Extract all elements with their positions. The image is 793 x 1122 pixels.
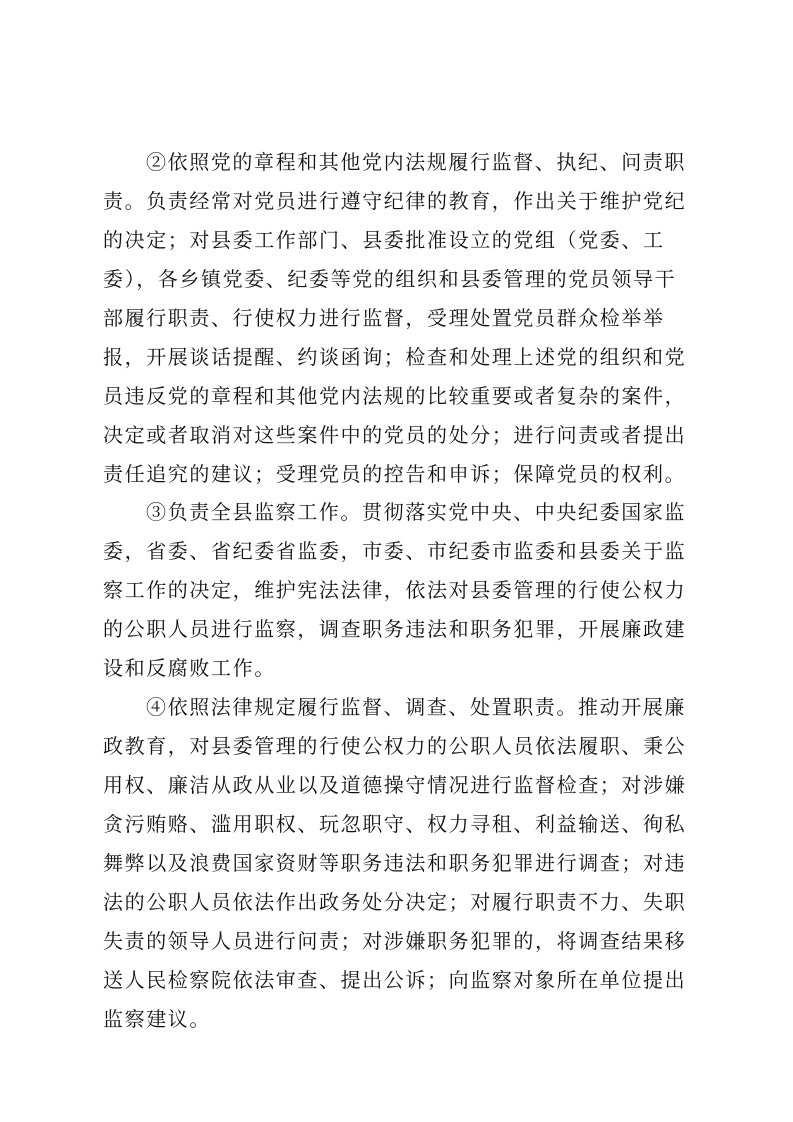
paragraph-line: ③负责全县监察工作。贯彻落实党中央、中央纪委国家监 xyxy=(103,493,703,532)
document-page: ②依照党的章程和其他党内法规履行监督、执纪、问责职 责。负责经常对党员进行遵守纪… xyxy=(0,0,793,1122)
paragraph-line: 用权、廉洁从政从业以及道德操守情况进行监督检查；对涉嫌 xyxy=(103,766,703,805)
paragraph-line: 决定或者取消对这些案件中的党员的处分；进行问责或者提出 xyxy=(103,416,703,455)
paragraph-party-supervision: ②依照党的章程和其他党内法规履行监督、执纪、问责职 责。负责经常对党员进行遵守纪… xyxy=(103,143,703,493)
paragraph-line: 舞弊以及浪费国家资财等职务违法和职务犯罪进行调查；对违 xyxy=(103,844,703,883)
paragraph-line: ②依照党的章程和其他党内法规履行监督、执纪、问责职 xyxy=(103,143,703,182)
paragraph-line: 员违反党的章程和其他党内法规的比较重要或者复杂的案件， xyxy=(103,377,703,416)
paragraph-line: 报，开展谈话提醒、约谈函询；检查和处理上述党的组织和党 xyxy=(103,338,703,377)
paragraph-line: 政教育，对县委管理的行使公权力的公职人员依法履职、秉公 xyxy=(103,727,703,766)
paragraph-line: 责任追究的建议；受理党员的控告和申诉；保障党员的权利。 xyxy=(103,455,703,494)
paragraph-line: 部履行职责、行使权力进行监督，受理处置党员群众检举举 xyxy=(103,299,703,338)
paragraph-county-supervision: ③负责全县监察工作。贯彻落实党中央、中央纪委国家监 委，省委、省纪委省监委，市委… xyxy=(103,493,703,688)
paragraph-line: 责。负责经常对党员进行遵守纪律的教育，作出关于维护党纪 xyxy=(103,182,703,221)
paragraph-line: 的公职人员进行监察，调查职务违法和职务犯罪，开展廉政建 xyxy=(103,610,703,649)
paragraph-line: 的决定；对县委工作部门、县委批准设立的党组（党委、工 xyxy=(103,221,703,260)
paragraph-line: 监察建议。 xyxy=(103,1000,703,1039)
paragraph-line: 法的公职人员依法作出政务处分决定；对履行职责不力、失职 xyxy=(103,883,703,922)
document-body: ②依照党的章程和其他党内法规履行监督、执纪、问责职 责。负责经常对党员进行遵守纪… xyxy=(103,143,703,1039)
paragraph-legal-duties: ④依照法律规定履行监督、调查、处置职责。推动开展廉 政教育，对县委管理的行使公权… xyxy=(103,688,703,1038)
paragraph-line: 委，省委、省纪委省监委，市委、市纪委市监委和县委关于监 xyxy=(103,532,703,571)
paragraph-line: 委），各乡镇党委、纪委等党的组织和县委管理的党员领导干 xyxy=(103,260,703,299)
paragraph-line: ④依照法律规定履行监督、调查、处置职责。推动开展廉 xyxy=(103,688,703,727)
paragraph-line: 失责的领导人员进行问责；对涉嫌职务犯罪的，将调查结果移 xyxy=(103,922,703,961)
paragraph-line: 察工作的决定，维护宪法法律，依法对县委管理的行使公权力 xyxy=(103,571,703,610)
paragraph-line: 设和反腐败工作。 xyxy=(103,649,703,688)
paragraph-line: 送人民检察院依法审查、提出公诉；向监察对象所在单位提出 xyxy=(103,961,703,1000)
paragraph-line: 贪污贿赂、滥用职权、玩忽职守、权力寻租、利益输送、徇私 xyxy=(103,805,703,844)
